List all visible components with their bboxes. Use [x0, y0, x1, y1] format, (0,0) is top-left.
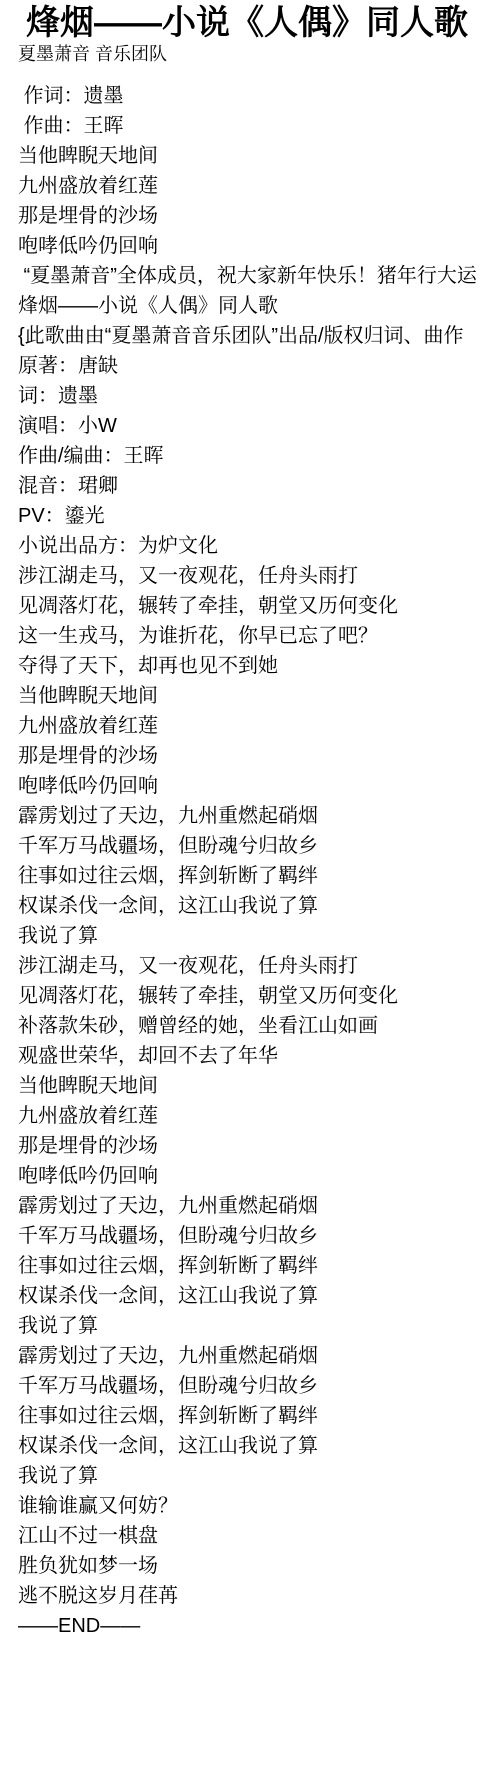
lyric-line: 权谋杀伐一念间，这江山我说了算: [18, 1431, 500, 1461]
lyric-line: 词：遗墨: [18, 381, 500, 411]
lyric-line: 当他睥睨天地间: [18, 141, 500, 171]
lyric-line: 千军万马战疆场，但盼魂兮归故乡: [18, 1221, 500, 1251]
lyric-line: 小说出品方：为炉文化: [18, 531, 500, 561]
lyric-line: 权谋杀伐一念间，这江山我说了算: [18, 1281, 500, 1311]
lyric-line: 往事如过往云烟，挥剑斩断了羁绊: [18, 1251, 500, 1281]
lyric-line: 这一生戎马，为谁折花，你早已忘了吧？: [18, 621, 500, 651]
lyric-line: 谁输谁赢又何妨？: [18, 1491, 500, 1521]
lyric-line: ——END——: [18, 1611, 500, 1641]
lyric-line: 胜负犹如梦一场: [18, 1551, 500, 1581]
page-subtitle: 夏墨萧音 音乐团队: [18, 42, 500, 66]
lyric-line: 作曲：王晖: [18, 111, 500, 141]
lyric-line: 我说了算: [18, 1461, 500, 1491]
lyric-line: 补落款朱砂，赠曾经的她，坐看江山如画: [18, 1011, 500, 1041]
page-title: 烽烟——小说《人偶》同人歌: [26, 4, 500, 42]
lyric-line: 霹雳划过了天边，九州重燃起硝烟: [18, 1191, 500, 1221]
lyric-line: 逃不脱这岁月荏苒: [18, 1581, 500, 1611]
lyric-line: 千军万马战疆场，但盼魂兮归故乡: [18, 831, 500, 861]
lyric-line: 霹雳划过了天边，九州重燃起硝烟: [18, 801, 500, 831]
lyric-line: “夏墨萧音”全体成员，祝大家新年快乐！猪年行大运: [18, 261, 500, 291]
lyrics-page: 烽烟——小说《人偶》同人歌 夏墨萧音 音乐团队 作词：遗墨 作曲：王晖当他睥睨天…: [0, 0, 500, 1780]
lyric-line: 九州盛放着红莲: [18, 1101, 500, 1131]
lyric-line: 那是埋骨的沙场: [18, 201, 500, 231]
lyric-line: 九州盛放着红莲: [18, 711, 500, 741]
lyric-line: 混音：珺卿: [18, 471, 500, 501]
lyric-line: 作词：遗墨: [18, 81, 500, 111]
lyric-line: 往事如过往云烟，挥剑斩断了羁绊: [18, 861, 500, 891]
lyric-line: 当他睥睨天地间: [18, 681, 500, 711]
lyric-line: 原著：唐缺: [18, 351, 500, 381]
lyric-line: 那是埋骨的沙场: [18, 1131, 500, 1161]
lyric-line: {此歌曲由“夏墨萧音音乐团队”出品/版权归词、曲作: [18, 321, 500, 351]
lyric-line: 见凋落灯花，辗转了牵挂，朝堂又历何变化: [18, 591, 500, 621]
lyric-line: 我说了算: [18, 1311, 500, 1341]
lyric-line: 涉江湖走马，又一夜观花，任舟头雨打: [18, 561, 500, 591]
lyric-line: 千军万马战疆场，但盼魂兮归故乡: [18, 1371, 500, 1401]
lyric-line: 往事如过往云烟，挥剑斩断了羁绊: [18, 1401, 500, 1431]
lyric-line: 那是埋骨的沙场: [18, 741, 500, 771]
lyric-line: 九州盛放着红莲: [18, 171, 500, 201]
lyric-line: 我说了算: [18, 921, 500, 951]
lyric-line: 烽烟——小说《人偶》同人歌: [18, 291, 500, 321]
lyric-line: 观盛世荣华，却回不去了年华: [18, 1041, 500, 1071]
lyric-line: 演唱：小W: [18, 411, 500, 441]
lyric-line: 当他睥睨天地间: [18, 1071, 500, 1101]
lyric-line: 咆哮低吟仍回响: [18, 771, 500, 801]
lyric-line: 涉江湖走马，又一夜观花，任舟头雨打: [18, 951, 500, 981]
lyric-line: 权谋杀伐一念间，这江山我说了算: [18, 891, 500, 921]
lyric-line: 江山不过一棋盘: [18, 1521, 500, 1551]
lyric-line: 咆哮低吟仍回响: [18, 231, 500, 261]
lyric-line: 作曲/编曲：王晖: [18, 441, 500, 471]
lyrics-body: 作词：遗墨 作曲：王晖当他睥睨天地间九州盛放着红莲那是埋骨的沙场咆哮低吟仍回响 …: [18, 81, 500, 1641]
lyric-line: 咆哮低吟仍回响: [18, 1161, 500, 1191]
lyric-line: 霹雳划过了天边，九州重燃起硝烟: [18, 1341, 500, 1371]
lyric-line: 夺得了天下，却再也见不到她: [18, 651, 500, 681]
lyric-line: PV：鎏光: [18, 501, 500, 531]
lyric-line: 见凋落灯花，辗转了牵挂，朝堂又历何变化: [18, 981, 500, 1011]
